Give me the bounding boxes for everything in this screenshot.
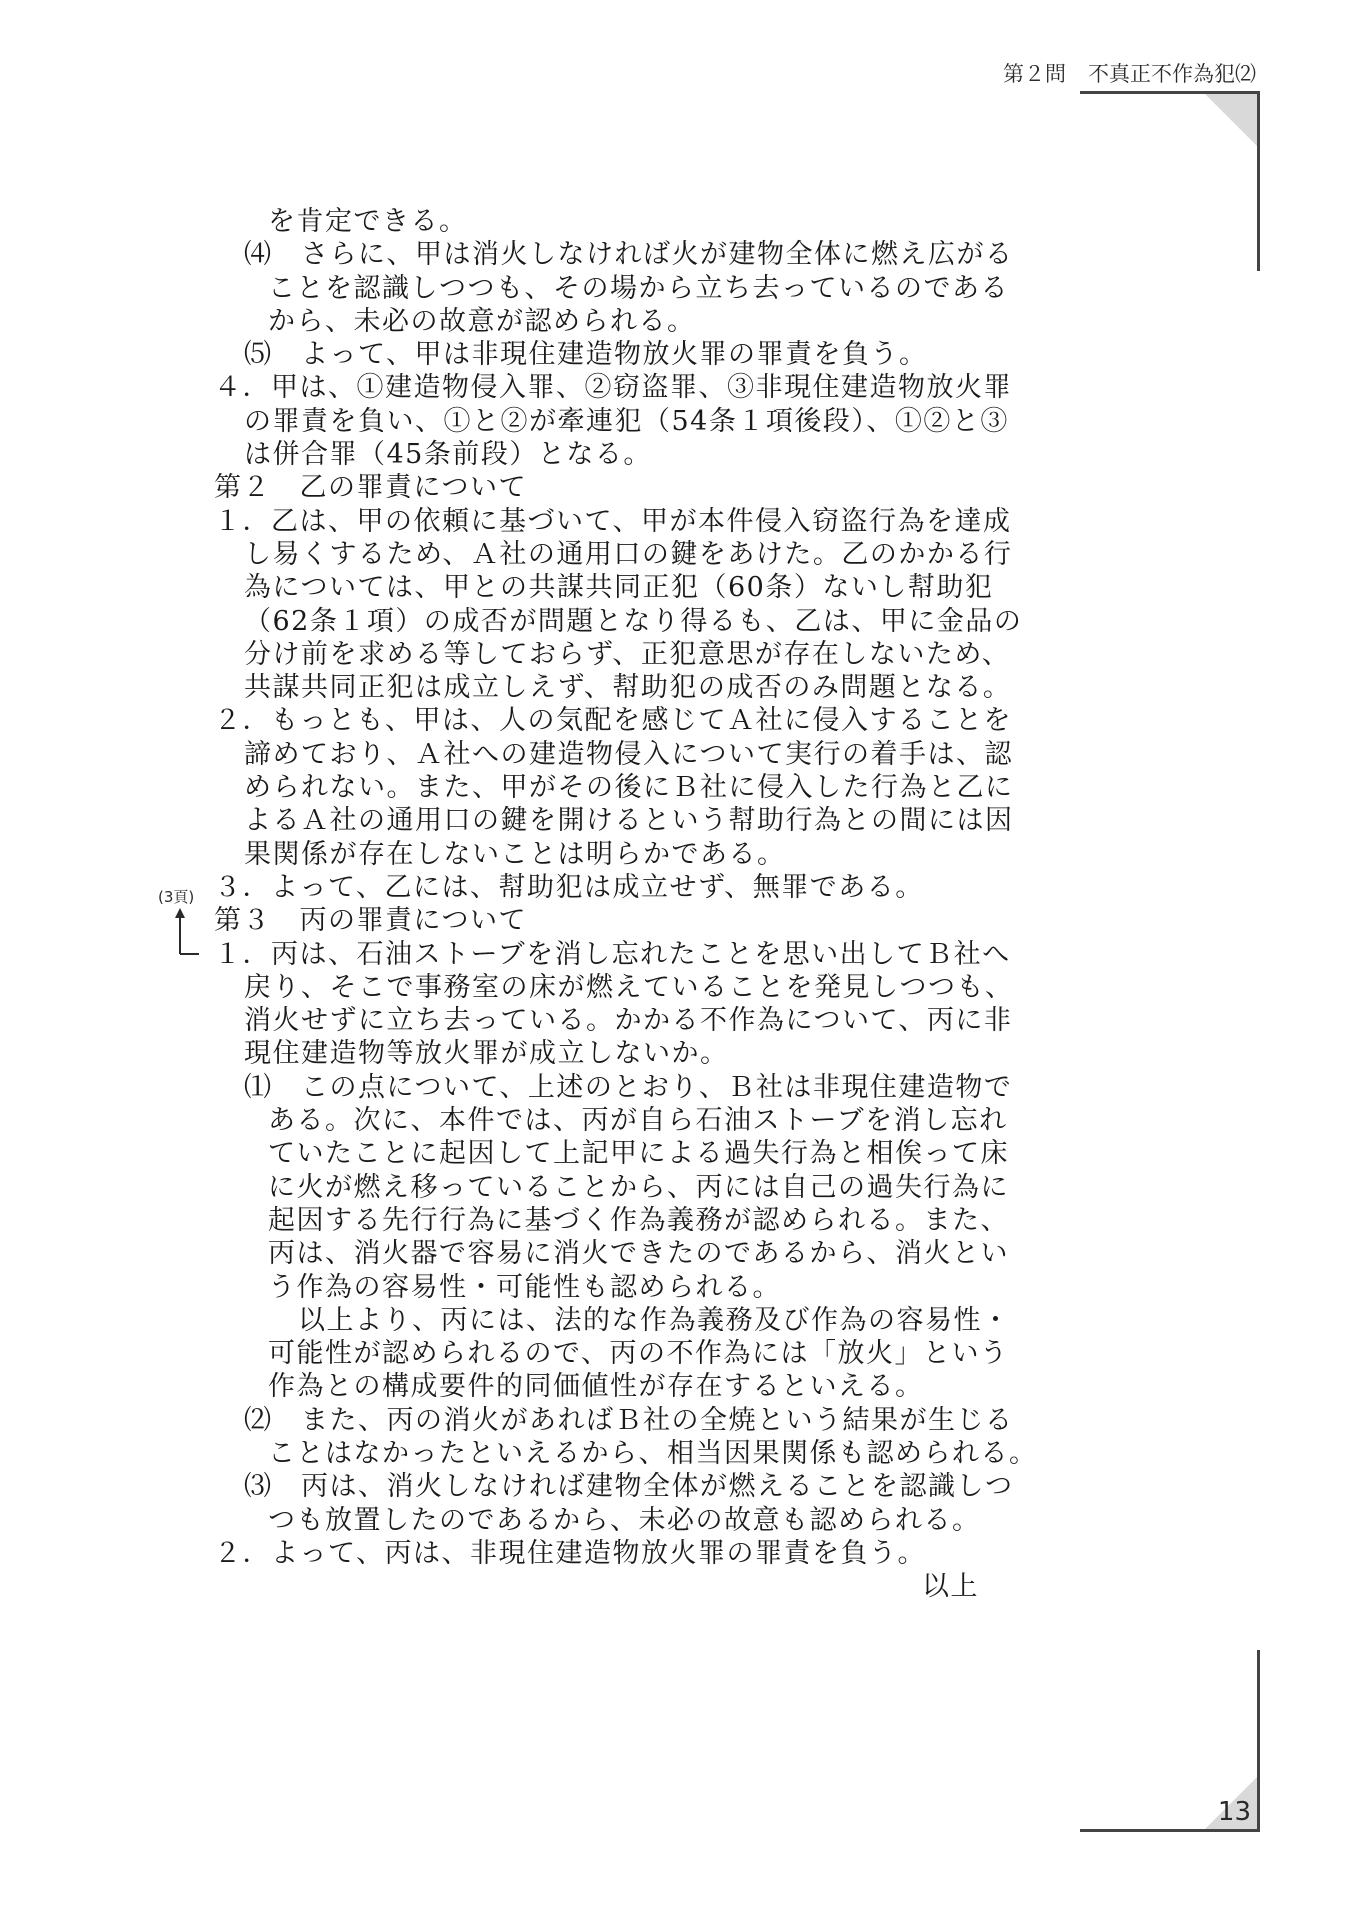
text-line: ２．もっとも、甲は、人の気配を感じてＡ社に侵入することを	[214, 704, 989, 737]
text-line: 果関係が存在しないことは明らかである。	[214, 838, 989, 871]
corner-mark-bottom: 13	[1080, 1650, 1260, 1832]
text-line: ⑵ また、丙の消火があればＢ社の全焼という結果が生じる	[214, 1404, 989, 1437]
text-line: 第３ 丙の罪責について	[214, 904, 989, 937]
text-line: 第２ 乙の罪責について	[214, 471, 989, 504]
text-line: ４．甲は、①建造物侵入罪、②窃盗罪、③非現住建造物放火罪	[214, 371, 989, 404]
text-line: を肯定できる。	[214, 205, 989, 238]
text-line: ある。次に、本件では、丙が自ら石油ストーブを消し忘れ	[214, 1104, 989, 1137]
text-line: ２．よって、丙は、非現住建造物放火罪の罪責を負う。	[214, 1537, 989, 1570]
text-line: 分け前を求める等しておらず、正犯意思が存在しないため、	[214, 638, 989, 671]
text-line: 丙は、消火器で容易に消火できたのであるから、消火とい	[214, 1237, 989, 1270]
text-line: 戻り、そこで事務室の床が燃えていることを発見しつつも、	[214, 971, 989, 1004]
text-line: 起因する先行行為に基づく作為義務が認められる。また、	[214, 1204, 989, 1237]
text-line: の罪責を負い、①と②が牽連犯（54条１項後段）、①②と③	[214, 405, 989, 438]
text-line: し易くするため、Ａ社の通用口の鍵をあけた。乙のかかる行	[214, 538, 989, 571]
margin-page-reference: (3頁)	[158, 886, 194, 907]
chapter-label: 第２問	[1003, 62, 1066, 86]
text-line: １．乙は、甲の依頼に基づいて、甲が本件侵入窃盗行為を達成	[214, 505, 989, 538]
answer-body: を肯定できる。⑷ さらに、甲は消火しなければ火が建物全体に燃え広がることを認識し…	[214, 205, 989, 1603]
text-line: から、未必の故意が認められる。	[214, 305, 989, 338]
reference-arrow-icon	[175, 908, 199, 958]
text-line: 消火せずに立ち去っている。かかる不作為について、丙に非	[214, 1004, 989, 1037]
text-line: ３．よって、乙には、幇助犯は成立せず、無罪である。	[214, 871, 989, 904]
chapter-title: 不真正不作為犯⑵	[1088, 62, 1256, 86]
corner-triangle-icon	[1205, 94, 1257, 146]
text-line: められない。また、甲がその後にＢ社に侵入した行為と乙に	[214, 771, 989, 804]
text-line: １．丙は、石油ストーブを消し忘れたことを思い出してＢ社へ	[214, 938, 989, 971]
text-line: は併合罪（45条前段）となる。	[214, 438, 989, 471]
running-head: 第２問不真正不作為犯⑵	[1003, 58, 1256, 88]
text-line: ⑶ 丙は、消火しなければ建物全体が燃えることを認識しつ	[214, 1470, 989, 1503]
text-line: つも放置したのであるから、未必の故意も認められる。	[214, 1504, 989, 1537]
page-number: 13	[1218, 1797, 1251, 1827]
text-line: 以上より、丙には、法的な作為義務及び作為の容易性・	[214, 1304, 989, 1337]
text-line: ⑸ よって、甲は非現住建造物放火罪の罪責を負う。	[214, 338, 989, 371]
corner-mark-top	[1080, 91, 1260, 271]
text-line: 諦めており、Ａ社への建造物侵入について実行の着手は、認	[214, 738, 989, 771]
text-line: ていたことに起因して上記甲による過失行為と相俟って床	[214, 1137, 989, 1170]
text-line: （62条１項）の成否が問題となり得るも、乙は、甲に金品の	[214, 605, 989, 638]
text-line: に火が燃え移っていることから、丙には自己の過失行為に	[214, 1171, 989, 1204]
text-line: ことを認識しつつも、その場から立ち去っているのである	[214, 272, 989, 305]
text-line: よるＡ社の通用口の鍵を開けるという幇助行為との間には因	[214, 804, 989, 837]
text-line: ⑴ この点について、上述のとおり、Ｂ社は非現住建造物で	[214, 1071, 989, 1104]
closing-mark: 以上	[214, 1570, 989, 1603]
text-line: う作為の容易性・可能性も認められる。	[214, 1271, 989, 1304]
text-line: ことはなかったといえるから、相当因果関係も認められる。	[214, 1437, 989, 1470]
text-line: 作為との構成要件的同価値性が存在するといえる。	[214, 1370, 989, 1403]
text-line: 為については、甲との共謀共同正犯（60条）ないし幇助犯	[214, 571, 989, 604]
text-line: 共謀共同正犯は成立しえず、幇助犯の成否のみ問題となる。	[214, 671, 989, 704]
text-line: 現住建造物等放火罪が成立しないか。	[214, 1037, 989, 1070]
text-line: ⑷ さらに、甲は消火しなければ火が建物全体に燃え広がる	[214, 238, 989, 271]
text-line: 可能性が認められるので、丙の不作為には「放火」という	[214, 1337, 989, 1370]
